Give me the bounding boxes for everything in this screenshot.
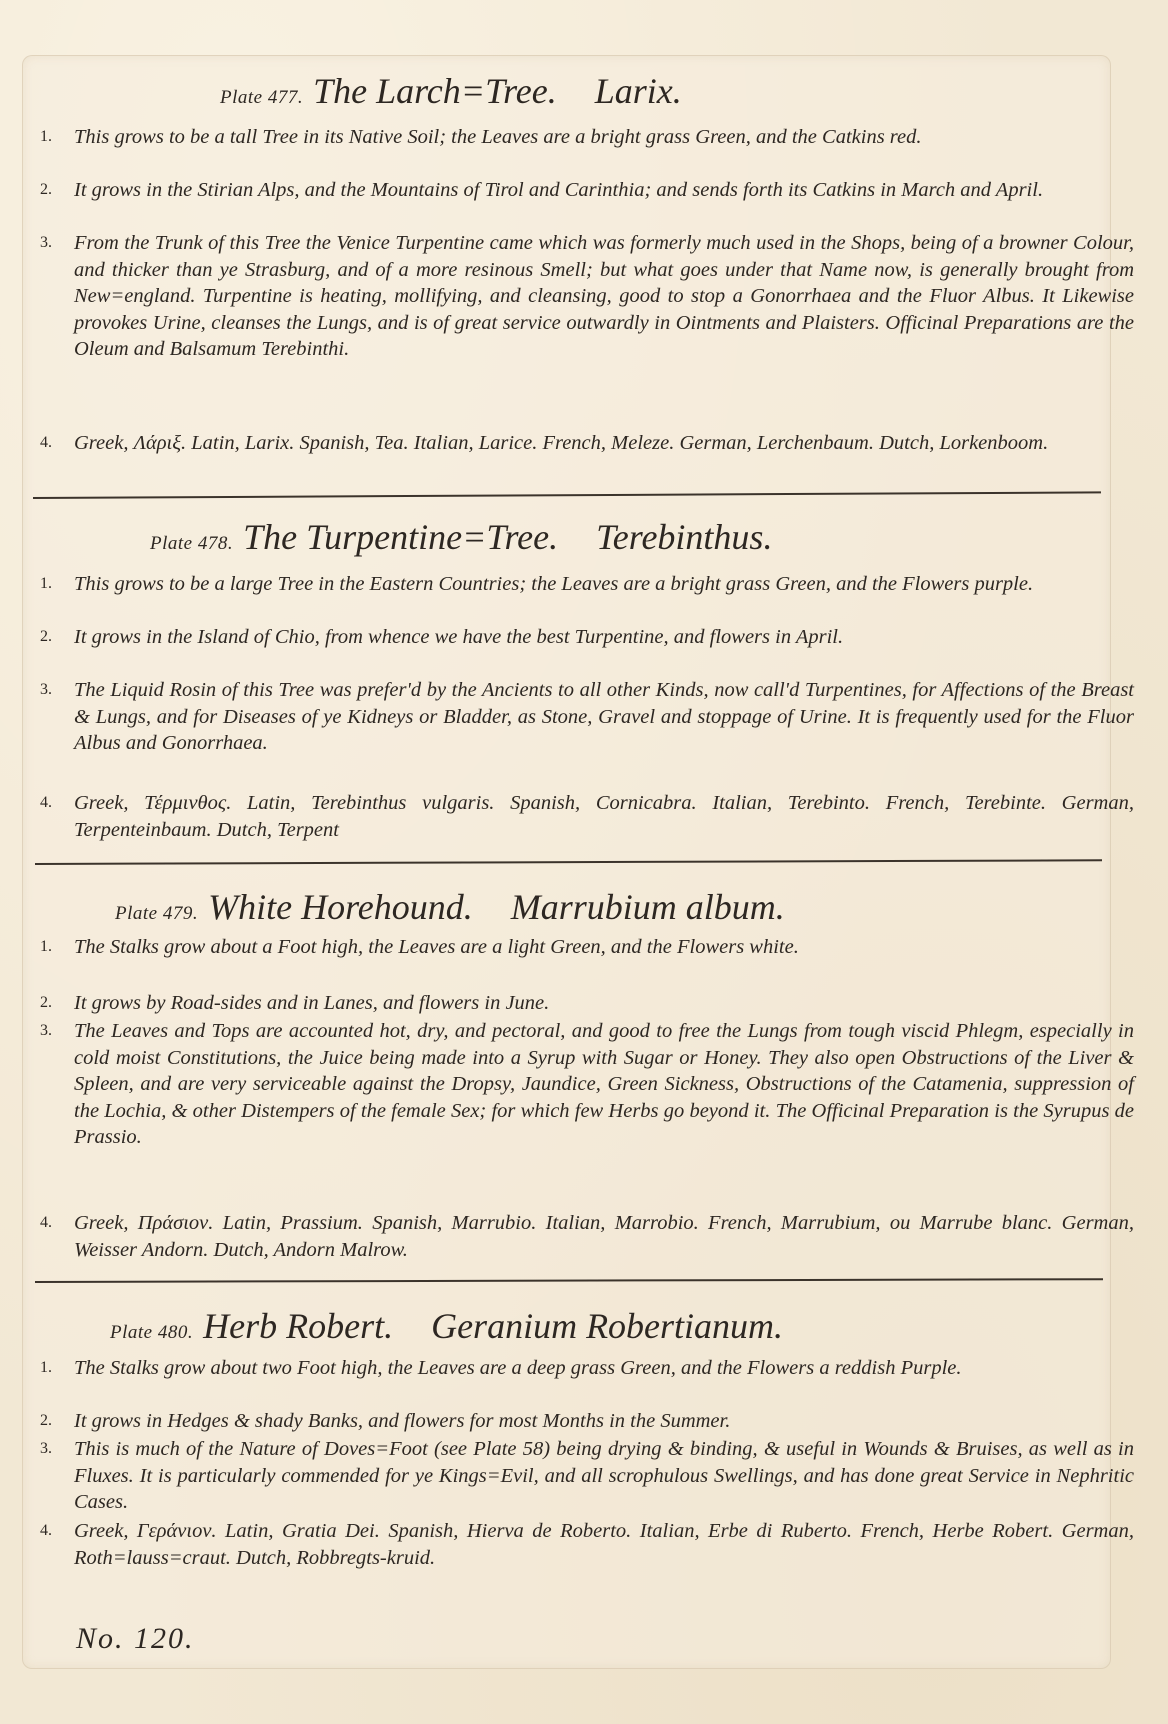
- entry-number: 4.: [40, 790, 70, 817]
- entry-text: The Stalks grow about two Foot high, the…: [74, 1355, 1134, 1382]
- plate-number: Plate 479.: [115, 903, 198, 924]
- entry-number: 3.: [40, 677, 70, 704]
- entry-text: The Stalks grow about a Foot high, the L…: [74, 934, 1134, 961]
- entry-virtues: 3. From the Trunk of this Tree the Venic…: [40, 230, 1134, 363]
- entry-text: Greek, Γεράνιον. Latin, Gratia Dei. Span…: [74, 1518, 1134, 1571]
- entry-text: From the Trunk of this Tree the Venice T…: [74, 230, 1134, 363]
- entry-number: 2.: [40, 177, 70, 204]
- entry-number: 3.: [40, 1018, 70, 1045]
- plate-heading: Plate 480. Herb Robert. Geranium Roberti…: [110, 1305, 783, 1347]
- common-name: The Turpentine=Tree.: [243, 517, 558, 557]
- entry-number: 2.: [40, 990, 70, 1017]
- entry-virtues: 3. This is much of the Nature of Doves=F…: [40, 1436, 1134, 1516]
- entry-text: It grows in the Island of Chio, from whe…: [74, 624, 1134, 651]
- page-number: No. 120.: [76, 1622, 195, 1656]
- entry-text: It grows in Hedges & shady Banks, and fl…: [74, 1408, 1134, 1435]
- entry-description: 1. The Stalks grow about two Foot high, …: [40, 1355, 1134, 1382]
- entry-habitat: 2. It grows in the Stirian Alps, and the…: [40, 177, 1134, 204]
- entry-number: 1.: [40, 571, 70, 598]
- entry-names: 4. Greek, Τέρμινθος. Latin, Terebinthus …: [40, 790, 1134, 843]
- entry-virtues: 3. The Leaves and Tops are accounted hot…: [40, 1018, 1134, 1151]
- entry-text: This grows to be a large Tree in the Eas…: [74, 571, 1134, 598]
- entry-text: Greek, Λάριξ. Latin, Larix. Spanish, Tea…: [74, 430, 1134, 457]
- latin-name: Geranium Robertianum.: [431, 1306, 783, 1346]
- common-name: White Horehound.: [208, 887, 473, 927]
- entry-habitat: 2. It grows in Hedges & shady Banks, and…: [40, 1408, 1134, 1435]
- entry-text: It grows in the Stirian Alps, and the Mo…: [74, 177, 1134, 204]
- latin-name: Terebinthus.: [596, 517, 772, 557]
- entry-habitat: 2. It grows by Road-sides and in Lanes, …: [40, 990, 1134, 1017]
- entry-description: 1. This grows to be a large Tree in the …: [40, 571, 1134, 598]
- entry-text: It grows by Road-sides and in Lanes, and…: [74, 990, 1134, 1017]
- plate-number: Plate 477.: [220, 87, 303, 108]
- entry-text: This is much of the Nature of Doves=Foot…: [74, 1436, 1134, 1516]
- entry-number: 3.: [40, 230, 70, 257]
- entry-text: The Liquid Rosin of this Tree was prefer…: [74, 677, 1134, 757]
- entry-number: 1.: [40, 934, 70, 961]
- entry-habitat: 2. It grows in the Island of Chio, from …: [40, 624, 1134, 651]
- plate-number: Plate 478.: [150, 533, 233, 554]
- entry-description: 1. The Stalks grow about a Foot high, th…: [40, 934, 1134, 961]
- plate-number: Plate 480.: [110, 1322, 193, 1343]
- plate-heading: Plate 477. The Larch=Tree. Larix.: [220, 70, 682, 112]
- entry-names: 4. Greek, Λάριξ. Latin, Larix. Spanish, …: [40, 430, 1134, 457]
- entry-description: 1. This grows to be a tall Tree in its N…: [40, 124, 1134, 151]
- entry-number: 2.: [40, 624, 70, 651]
- entry-number: 3.: [40, 1436, 70, 1463]
- entry-number: 1.: [40, 1355, 70, 1382]
- entry-text: The Leaves and Tops are accounted hot, d…: [74, 1018, 1134, 1151]
- entry-names: 4. Greek, Γεράνιον. Latin, Gratia Dei. S…: [40, 1518, 1134, 1571]
- common-name: The Larch=Tree.: [313, 71, 557, 111]
- entry-text: This grows to be a tall Tree in its Nati…: [74, 124, 1134, 151]
- entry-virtues: 3. The Liquid Rosin of this Tree was pre…: [40, 677, 1134, 757]
- entry-text: Greek, Πράσιον. Latin, Prassium. Spanish…: [74, 1210, 1134, 1263]
- entry-number: 2.: [40, 1408, 70, 1435]
- plate-heading: Plate 479. White Horehound. Marrubium al…: [115, 886, 785, 928]
- entry-number: 4.: [40, 1518, 70, 1545]
- common-name: Herb Robert.: [203, 1306, 393, 1346]
- entry-number: 4.: [40, 1210, 70, 1237]
- entry-number: 4.: [40, 430, 70, 457]
- entry-number: 1.: [40, 124, 70, 151]
- entry-names: 4. Greek, Πράσιον. Latin, Prassium. Span…: [40, 1210, 1134, 1263]
- plate-heading: Plate 478. The Turpentine=Tree. Terebint…: [150, 516, 772, 558]
- latin-name: Larix.: [595, 71, 682, 111]
- entry-text: Greek, Τέρμινθος. Latin, Terebinthus vul…: [74, 790, 1134, 843]
- latin-name: Marrubium album.: [511, 887, 785, 927]
